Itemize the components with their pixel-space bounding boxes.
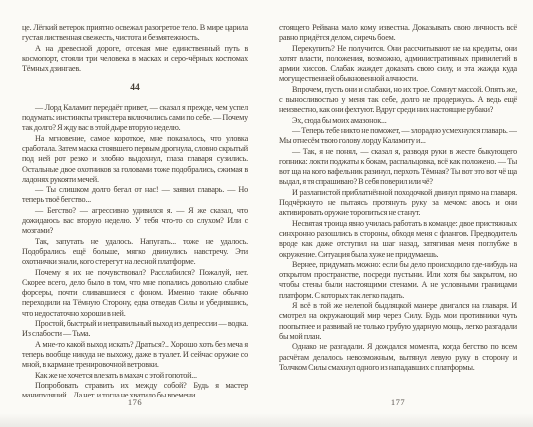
page-number-left: 176 — [22, 397, 248, 407]
paragraph: Почему я их не почувствовал? Расслабился… — [22, 268, 248, 319]
paragraph: — Лорд Каламит передаёт привет, — сказал… — [22, 103, 248, 134]
book-spread: це. Лёгкий ветерок приятно освежал разог… — [0, 0, 533, 427]
paragraph: А мне-то какой выход искать? Драться?.. … — [22, 340, 248, 371]
paragraph: Впрочем, пусть они и слабаки, но их трое… — [279, 85, 517, 116]
paragraph: Вернее, придумать можно: если бы дело пр… — [279, 260, 517, 301]
paragraph: Я всё в той же нелепой быдляцкой манере … — [279, 301, 517, 342]
right-page-text-column: стоящего Рейвана мало кому известна. Док… — [279, 23, 517, 397]
chapter-heading: 44 — [22, 83, 248, 93]
left-page-text-column: це. Лёгкий ветерок приятно освежал разог… — [22, 23, 248, 397]
paragraph: Перекупить? Не получится. Они рассчитыва… — [279, 44, 517, 85]
paragraph: А на древесной дороге, отсекая мне единс… — [22, 44, 248, 75]
page-number-right: 177 — [279, 397, 517, 407]
paragraph: Так, запутать не удалось. Напугать... то… — [22, 237, 248, 268]
paragraph: Эх, сюда бы моих амазонок... — [279, 116, 517, 126]
paragraph: це. Лёгкий ветерок приятно освежал разог… — [22, 23, 248, 44]
paragraph: Попробовать стравить их между собой? Буд… — [22, 381, 248, 397]
paragraph: Как же не хочется влезать в махач с этой… — [22, 371, 248, 381]
paragraph: — Теперь тебе никто не поможет, — злорад… — [279, 126, 517, 147]
paragraph: Несвятая троица явно училась работать в … — [279, 219, 517, 260]
paragraph: И разлапистой приблатнённой походочкой д… — [279, 188, 517, 219]
paragraph: — Ты слишком долго бегал от нас! — заяви… — [22, 185, 248, 206]
paragraph: На мгновение, самое короткое, мне показа… — [22, 134, 248, 185]
paragraph: Простой, быстрый и неправильный выход из… — [22, 319, 248, 340]
paragraph: Однако не разгадали. Я дождался момента,… — [279, 342, 517, 373]
paragraph: — Так, я не понял, — сказал я, разводя р… — [279, 147, 517, 188]
paragraph: — Бегство? — агрессивно удивился я. — Я … — [22, 206, 248, 237]
paragraph: стоящего Рейвана мало кому известна. Док… — [279, 23, 517, 44]
page-bottom-shadow — [0, 413, 533, 427]
